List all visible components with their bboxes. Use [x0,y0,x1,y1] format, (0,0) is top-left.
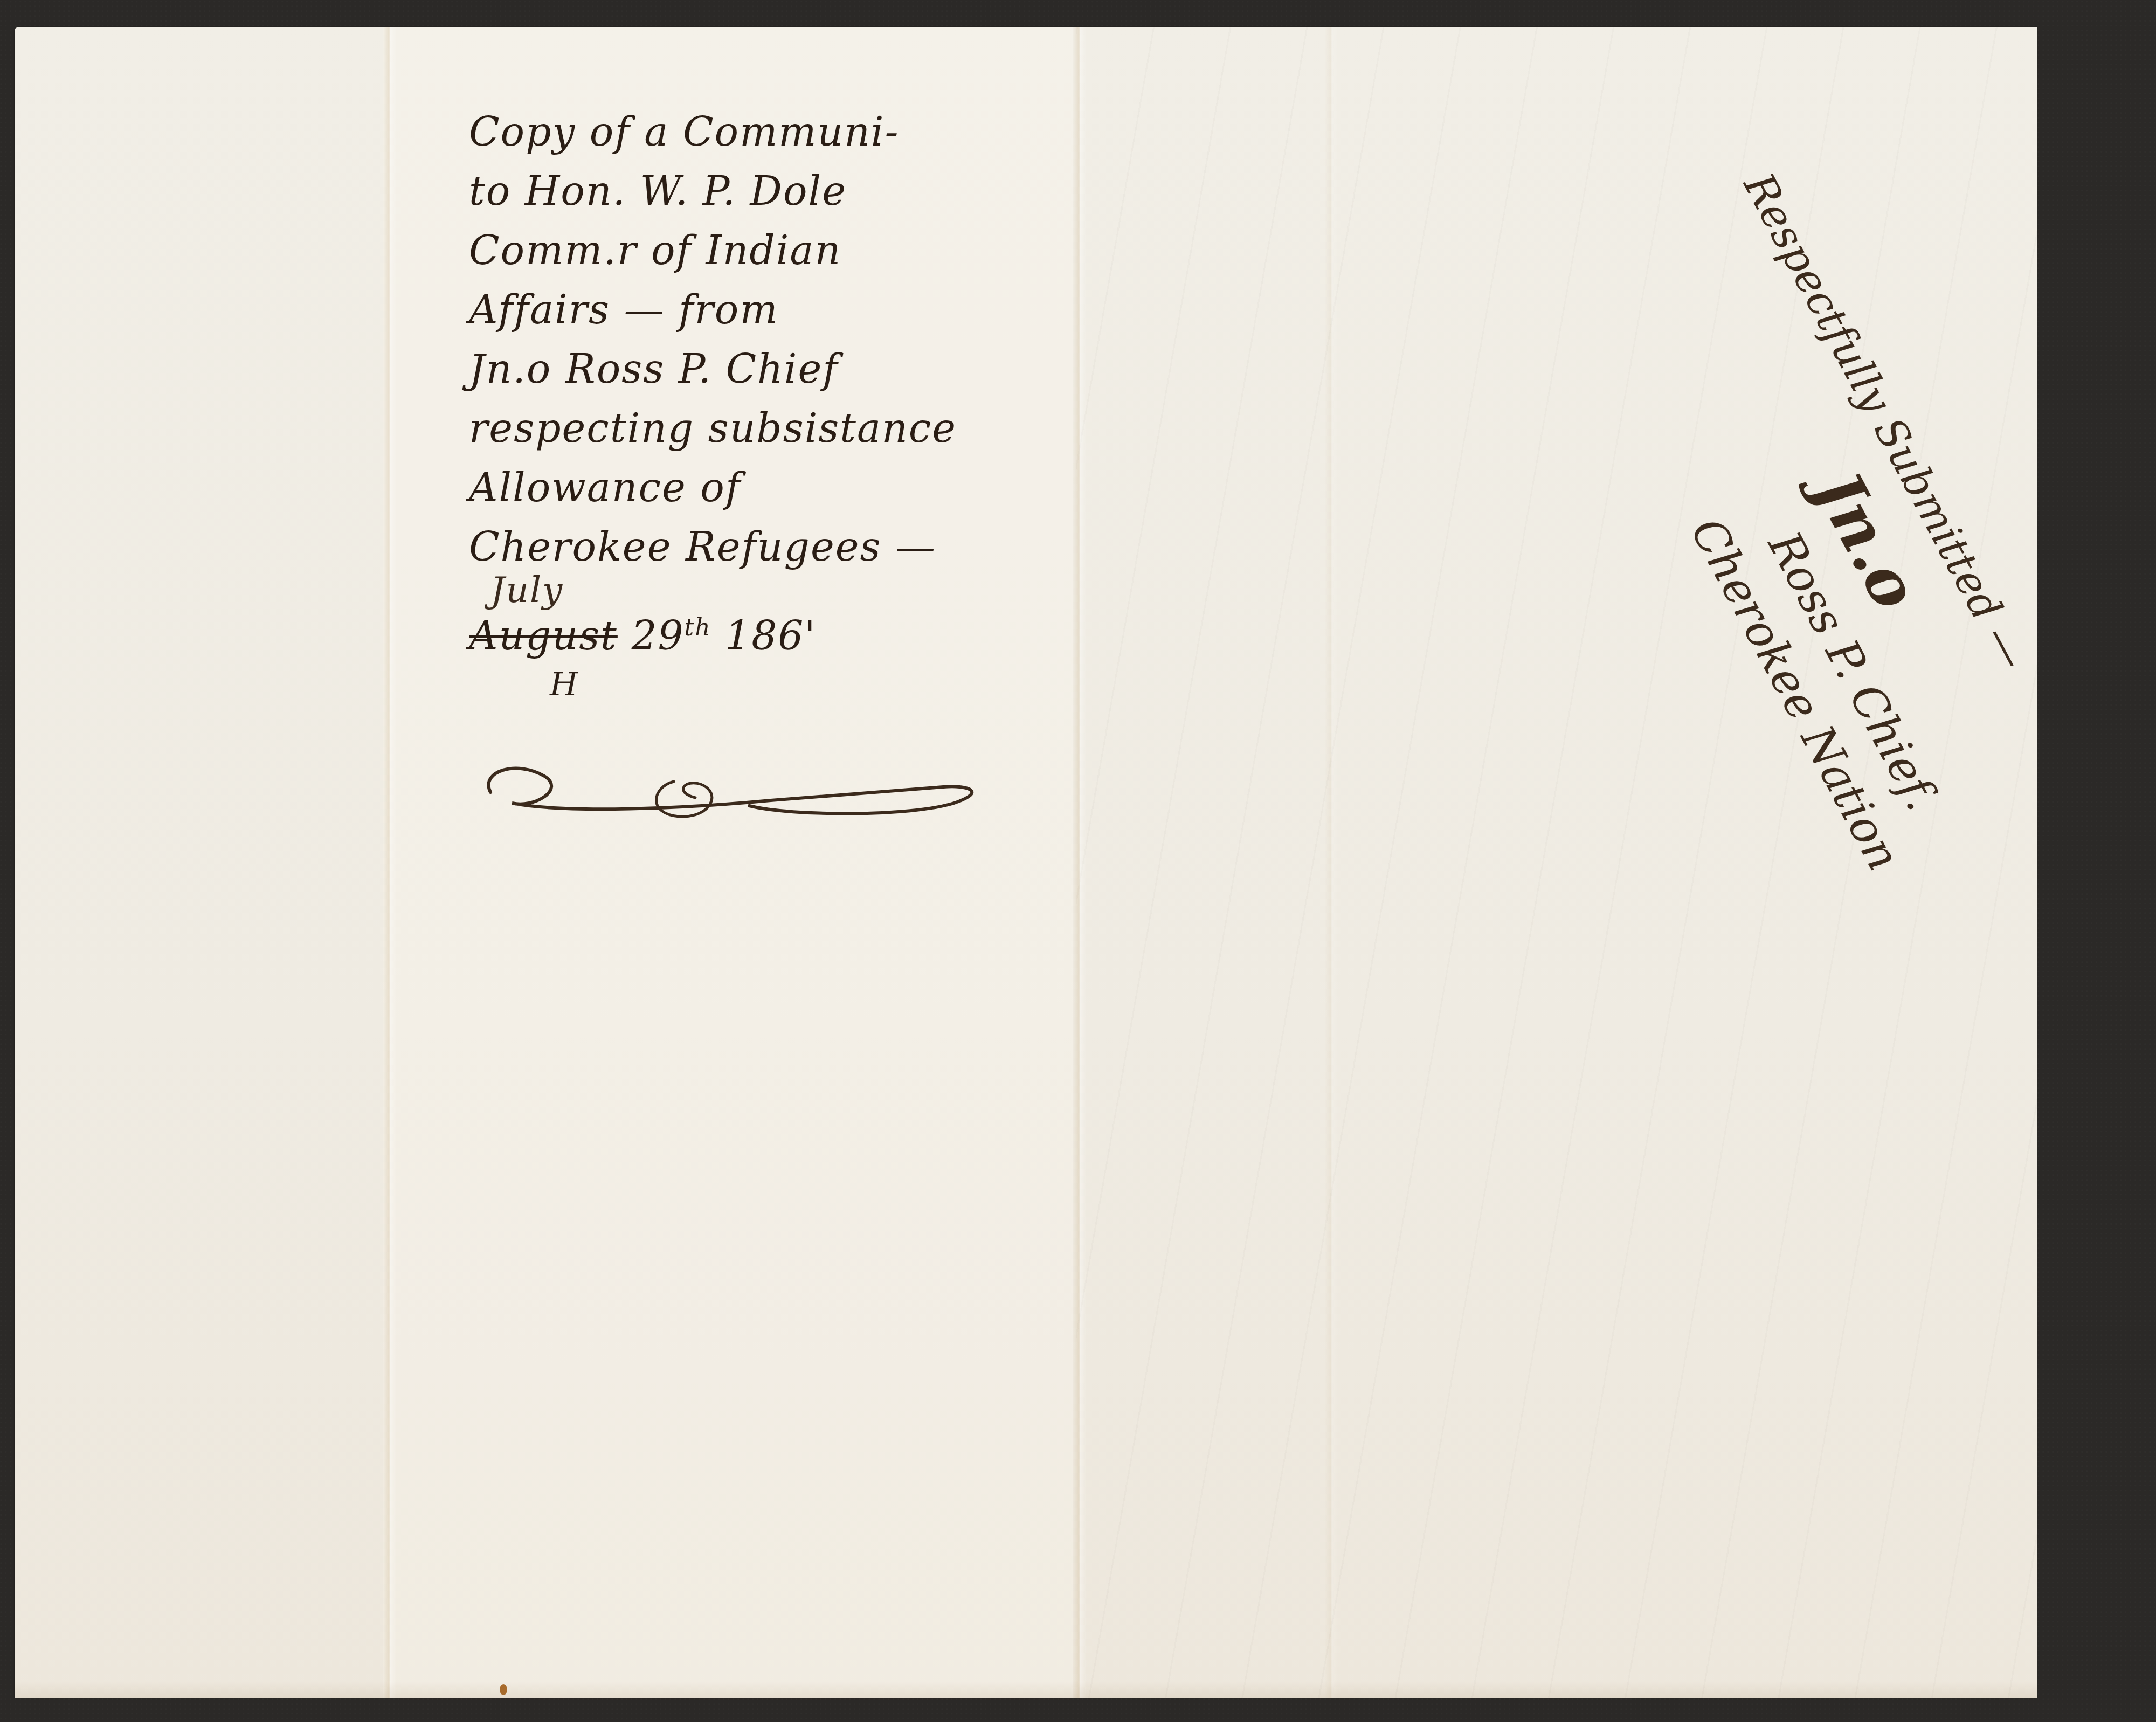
docket-line-4: Affairs — from [469,280,1062,340]
docket-line-5: Jn.o Ross P. Chief [469,340,1062,399]
date-mark: H [550,666,1062,703]
docket-line-7: Allowance of [469,458,1062,517]
date-day: 29 [631,613,684,659]
docket-line-1: Copy of a Communi- [469,102,1062,162]
ink-spot [500,1684,507,1695]
docket-line-2: to Hon. W. P. Dole [469,162,1062,221]
date-day-suffix: th [685,614,711,641]
fold-line-left [383,27,397,1698]
fold-line-faint [1324,27,1338,1698]
date-inserted-month: July [490,561,563,620]
date-year: 186' [725,613,817,659]
docket-note: Copy of a Communi- to Hon. W. P. Dole Co… [469,102,1062,703]
docket-date-line: July August 29th 186' [469,598,1062,666]
flourish-underline [469,749,1008,825]
docket-line-3: Comm.r of Indian [469,221,1062,280]
fold-line-center [1073,27,1087,1698]
docket-line-6: respecting subsistance [469,399,1062,458]
